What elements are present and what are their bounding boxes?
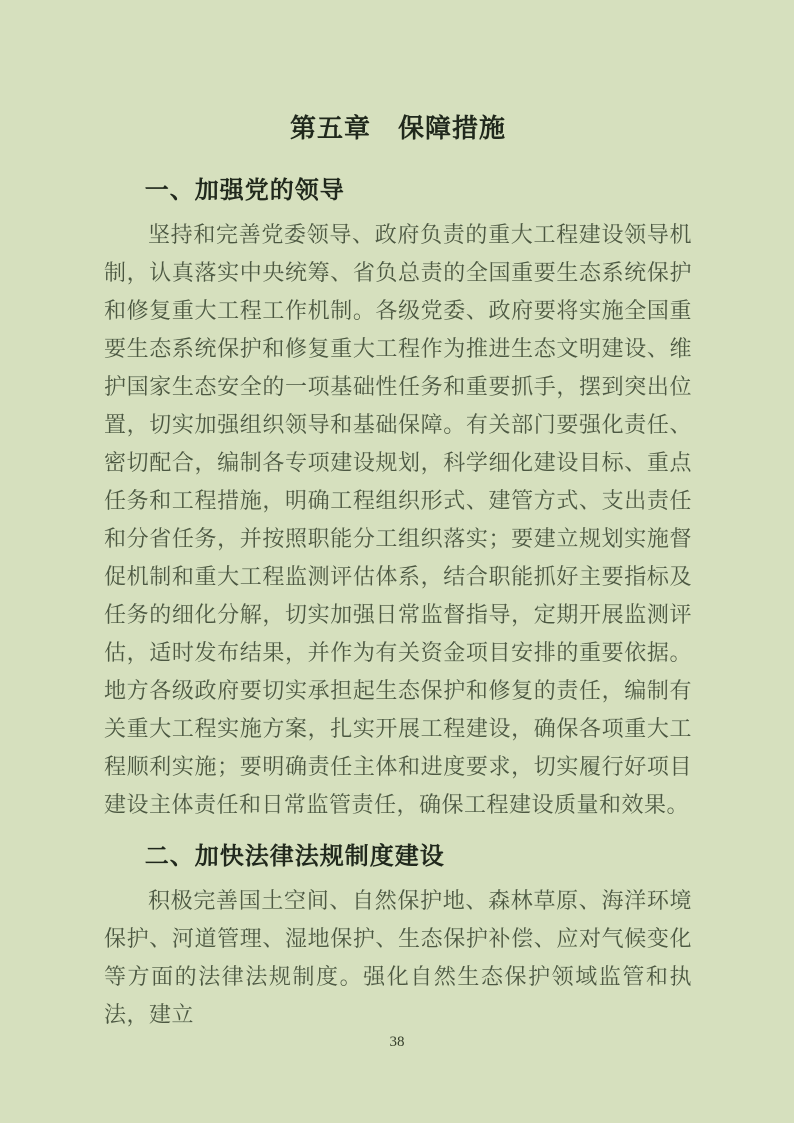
section-1-paragraph: 坚持和完善党委领导、政府负责的重大工程建设领导机制，认真落实中央统筹、省负总责的… xyxy=(104,216,692,824)
section-1-heading: 一、加强党的领导 xyxy=(104,174,692,208)
chapter-title: 第五章 保障措施 xyxy=(104,112,692,144)
section-2-heading: 二、加快法律法规制度建设 xyxy=(104,840,692,874)
section-2-paragraph: 积极完善国土空间、自然保护地、森林草原、海洋环境保护、河道管理、湿地保护、生态保… xyxy=(104,882,692,1034)
section-party-leadership: 一、加强党的领导 坚持和完善党委领导、政府负责的重大工程建设领导机制，认真落实中… xyxy=(104,174,692,824)
document-page: 第五章 保障措施 一、加强党的领导 坚持和完善党委领导、政府负责的重大工程建设领… xyxy=(0,0,794,1123)
page-number: 38 xyxy=(0,1034,794,1051)
section-legal-system: 二、加快法律法规制度建设 积极完善国土空间、自然保护地、森林草原、海洋环境保护、… xyxy=(104,840,692,1034)
